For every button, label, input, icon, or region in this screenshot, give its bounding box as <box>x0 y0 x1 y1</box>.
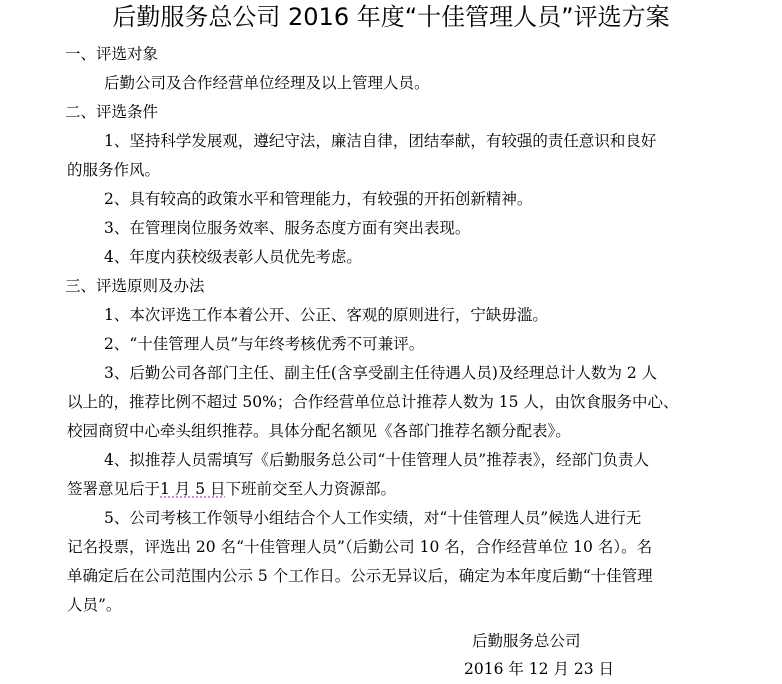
deadline-date: 1 月 5 日 <box>160 480 226 498</box>
criteria-item-1-line1: 1、坚持科学发展观，遵纪守法，廉洁自律，团结奉献，有较强的责任意识和良好 <box>104 127 656 155</box>
method-item-2: 2、“十佳管理人员”与年终考核优秀不可兼评。 <box>104 330 424 358</box>
section-heading-2: 二、评选条件 <box>65 98 158 126</box>
section-1-paragraph: 后勤公司及合作经营单位经理及以上管理人员。 <box>104 69 430 97</box>
criteria-item-3: 3、在管理岗位服务效率、服务态度方面有突出表现。 <box>104 214 470 242</box>
method-item-4-line1: 4、拟推荐人员需填写《后勤服务总公司“十佳管理人员”推荐表》，经部门负责人 <box>104 446 649 474</box>
method-item-5-line4: 人员”。 <box>67 591 121 619</box>
method-item-4-line2-post: 下班前交至人力资源部。 <box>226 480 397 498</box>
document-title: 后勤服务总公司 2016 年度“十佳管理人员”评选方案 <box>0 2 782 32</box>
section-heading-3: 三、评选原则及办法 <box>65 272 205 300</box>
signature-organization: 后勤服务总公司 <box>472 627 581 655</box>
method-item-3-line3: 校园商贸中心牵头组织推荐。具体分配名额见《各部门推荐名额分配表》。 <box>67 417 571 445</box>
method-item-3-line1: 3、后勤公司各部门主任、副主任(含享受副主任待遇人员)及经理总计人数为 2 人 <box>104 359 657 387</box>
section-heading-1: 一、评选对象 <box>65 40 158 68</box>
method-item-4-line2: 签署意见后于1 月 5 日下班前交至人力资源部。 <box>67 475 396 503</box>
criteria-item-1-line2: 的服务作风。 <box>67 156 160 184</box>
method-item-4-line2-pre: 签署意见后于 <box>67 480 160 498</box>
method-item-5-line3: 单确定后在公司范围内公示 5 个工作日。公示无异议后，确定为本年度后勤“十佳管理 <box>67 562 653 590</box>
method-item-1: 1、本次评选工作本着公开、公正、客观的原则进行，宁缺毋滥。 <box>104 301 548 329</box>
method-item-3-line2: 以上的，推荐比例不超过 50%；合作经营单位总计推荐人数为 15 人，由饮食服务… <box>67 388 678 416</box>
method-item-5-line2: 记名投票，评选出 20 名“十佳管理人员”（后勤公司 10 名，合作经营单位 1… <box>67 533 652 561</box>
signature-date: 2016 年 12 月 23 日 <box>464 655 614 683</box>
criteria-item-2: 2、具有较高的政策水平和管理能力，有较强的开拓创新精神。 <box>104 185 532 213</box>
criteria-item-4: 4、年度内获校级表彰人员优先考虑。 <box>104 243 362 271</box>
method-item-5-line1: 5、公司考核工作领导小组结合个人工作实绩，对“十佳管理人员”候选人进行无 <box>104 504 641 532</box>
